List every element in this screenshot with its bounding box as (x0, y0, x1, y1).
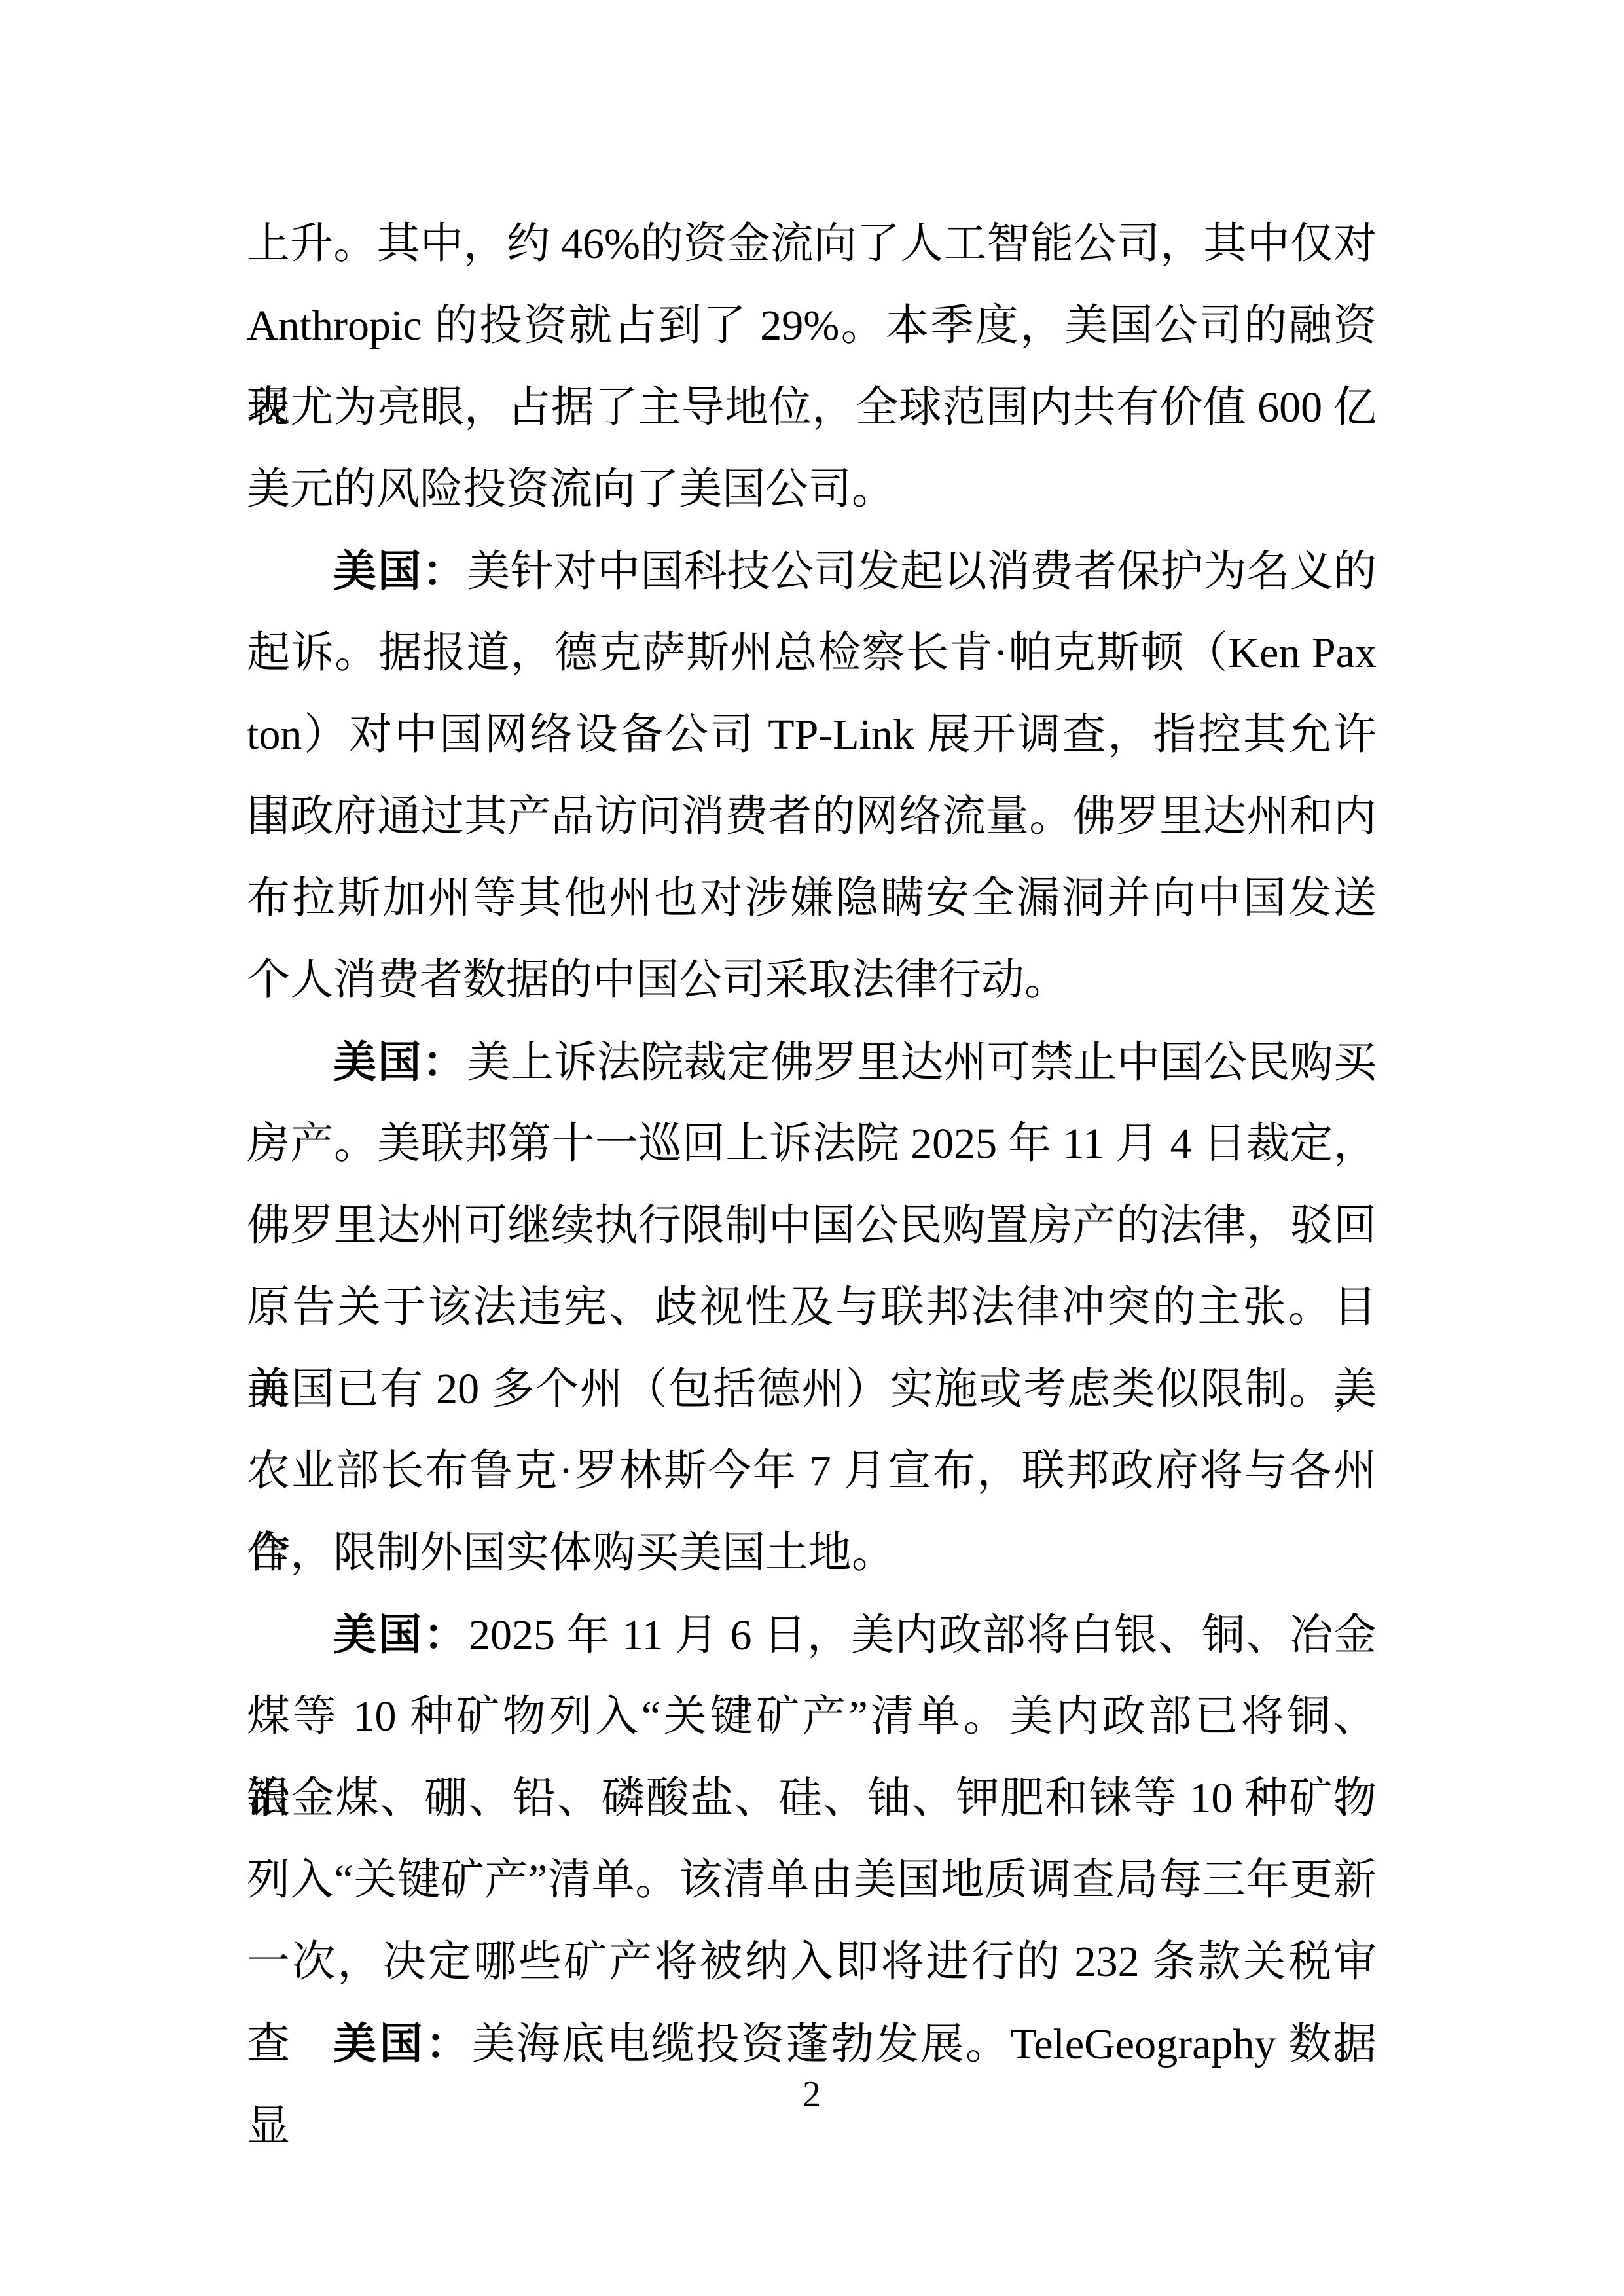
text-line: 佛罗里达州可继续执行限制中国公民购置房产的法律，驳回 (247, 1185, 1377, 1266)
paragraph: 美国：美上诉法院裁定佛罗里达州可禁止中国公民购买 房产。美联邦第十一巡回上诉法院… (247, 1021, 1377, 1594)
text-line: 现尤为亮眼，占据了主导地位，全球范围内共有价值 600 亿 (247, 367, 1377, 448)
text-line: 布拉斯加州等其他州也对涉嫌隐瞒安全漏洞并向中国发送 (247, 857, 1377, 939)
line-text: 2025 年 11 月 6 日，美内政部将白银、铜、冶金 (469, 1611, 1377, 1659)
text-line: 房产。美联邦第十一巡回上诉法院 2025 年 11 月 4 日裁定， (247, 1103, 1377, 1185)
text-line: 国政府通过其产品访问消费者的网络流量。佛罗里达州和内 (247, 776, 1377, 857)
text-line: 作，限制外国实体购买美国土地。 (247, 1512, 1377, 1594)
text-line: 煤等 10 种矿物列入“关键矿产”清单。美内政部已将铜、银、 (247, 1676, 1377, 1757)
text-line: 上升。其中，约 46%的资金流向了人工智能公司，其中仅对 (247, 203, 1377, 285)
text-line: 美元的风险投资流向了美国公司。 (247, 448, 1377, 530)
text-line: 原告关于该法违宪、歧视性及与联邦法律冲突的主张。目前， (247, 1266, 1377, 1348)
paragraph: 美国：2025 年 11 月 6 日，美内政部将白银、铜、冶金 煤等 10 种矿… (247, 1594, 1377, 2003)
text-line: 个人消费者数据的中国公司采取法律行动。 (247, 939, 1377, 1021)
text-line: 冶金煤、硼、铅、磷酸盐、硅、铀、钾肥和铼等 10 种矿物 (247, 1757, 1377, 1839)
country-label: 美国： (333, 1610, 469, 1659)
document-page: 上升。其中，约 46%的资金流向了人工智能公司，其中仅对 Anthropic 的… (0, 0, 1624, 2296)
text-line: 起诉。据报道，德克萨斯州总检察长肯·帕克斯顿（Ken Pax (247, 612, 1377, 694)
text-line: 美国：美针对中国科技公司发起以消费者保护为名义的 (247, 530, 1377, 612)
text-line: 一次，决定哪些矿产将被纳入即将进行的 232 条款关税审查。 (247, 1921, 1377, 2003)
text-line: 美国：美上诉法院裁定佛罗里达州可禁止中国公民购买 (247, 1021, 1377, 1103)
paragraph: 上升。其中，约 46%的资金流向了人工智能公司，其中仅对 Anthropic 的… (247, 203, 1377, 530)
text-line: 美国：2025 年 11 月 6 日，美内政部将白银、铜、冶金 (247, 1594, 1377, 1676)
country-label: 美国： (333, 547, 467, 595)
paragraph: 美国：美针对中国科技公司发起以消费者保护为名义的 起诉。据报道，德克萨斯州总检察… (247, 530, 1377, 1021)
text-line: 列入“关键矿产”清单。该清单由美国地质调查局每三年更新 (247, 1839, 1377, 1921)
line-text: 美针对中国科技公司发起以消费者保护为名义的 (467, 548, 1377, 596)
line-text: 美上诉法院裁定佛罗里达州可禁止中国公民购买 (467, 1039, 1377, 1086)
text-block: 上升。其中，约 46%的资金流向了人工智能公司，其中仅对 Anthropic 的… (247, 203, 1377, 2085)
country-label: 美国： (333, 2019, 472, 2068)
country-label: 美国： (333, 1037, 467, 1086)
text-line: 美国已有 20 多个州（包括德州）实施或考虑类似限制。美 (247, 1348, 1377, 1430)
text-line: 农业部长布鲁克·罗林斯今年 7 月宣布，联邦政府将与各州合 (247, 1430, 1377, 1512)
page-number: 2 (247, 2068, 1377, 2121)
text-line: ton）对中国网络设备公司 TP-Link 展开调查，指控其允许中 (247, 694, 1377, 776)
text-line: Anthropic 的投资就占到了 29%。本季度，美国公司的融资表 (247, 285, 1377, 367)
